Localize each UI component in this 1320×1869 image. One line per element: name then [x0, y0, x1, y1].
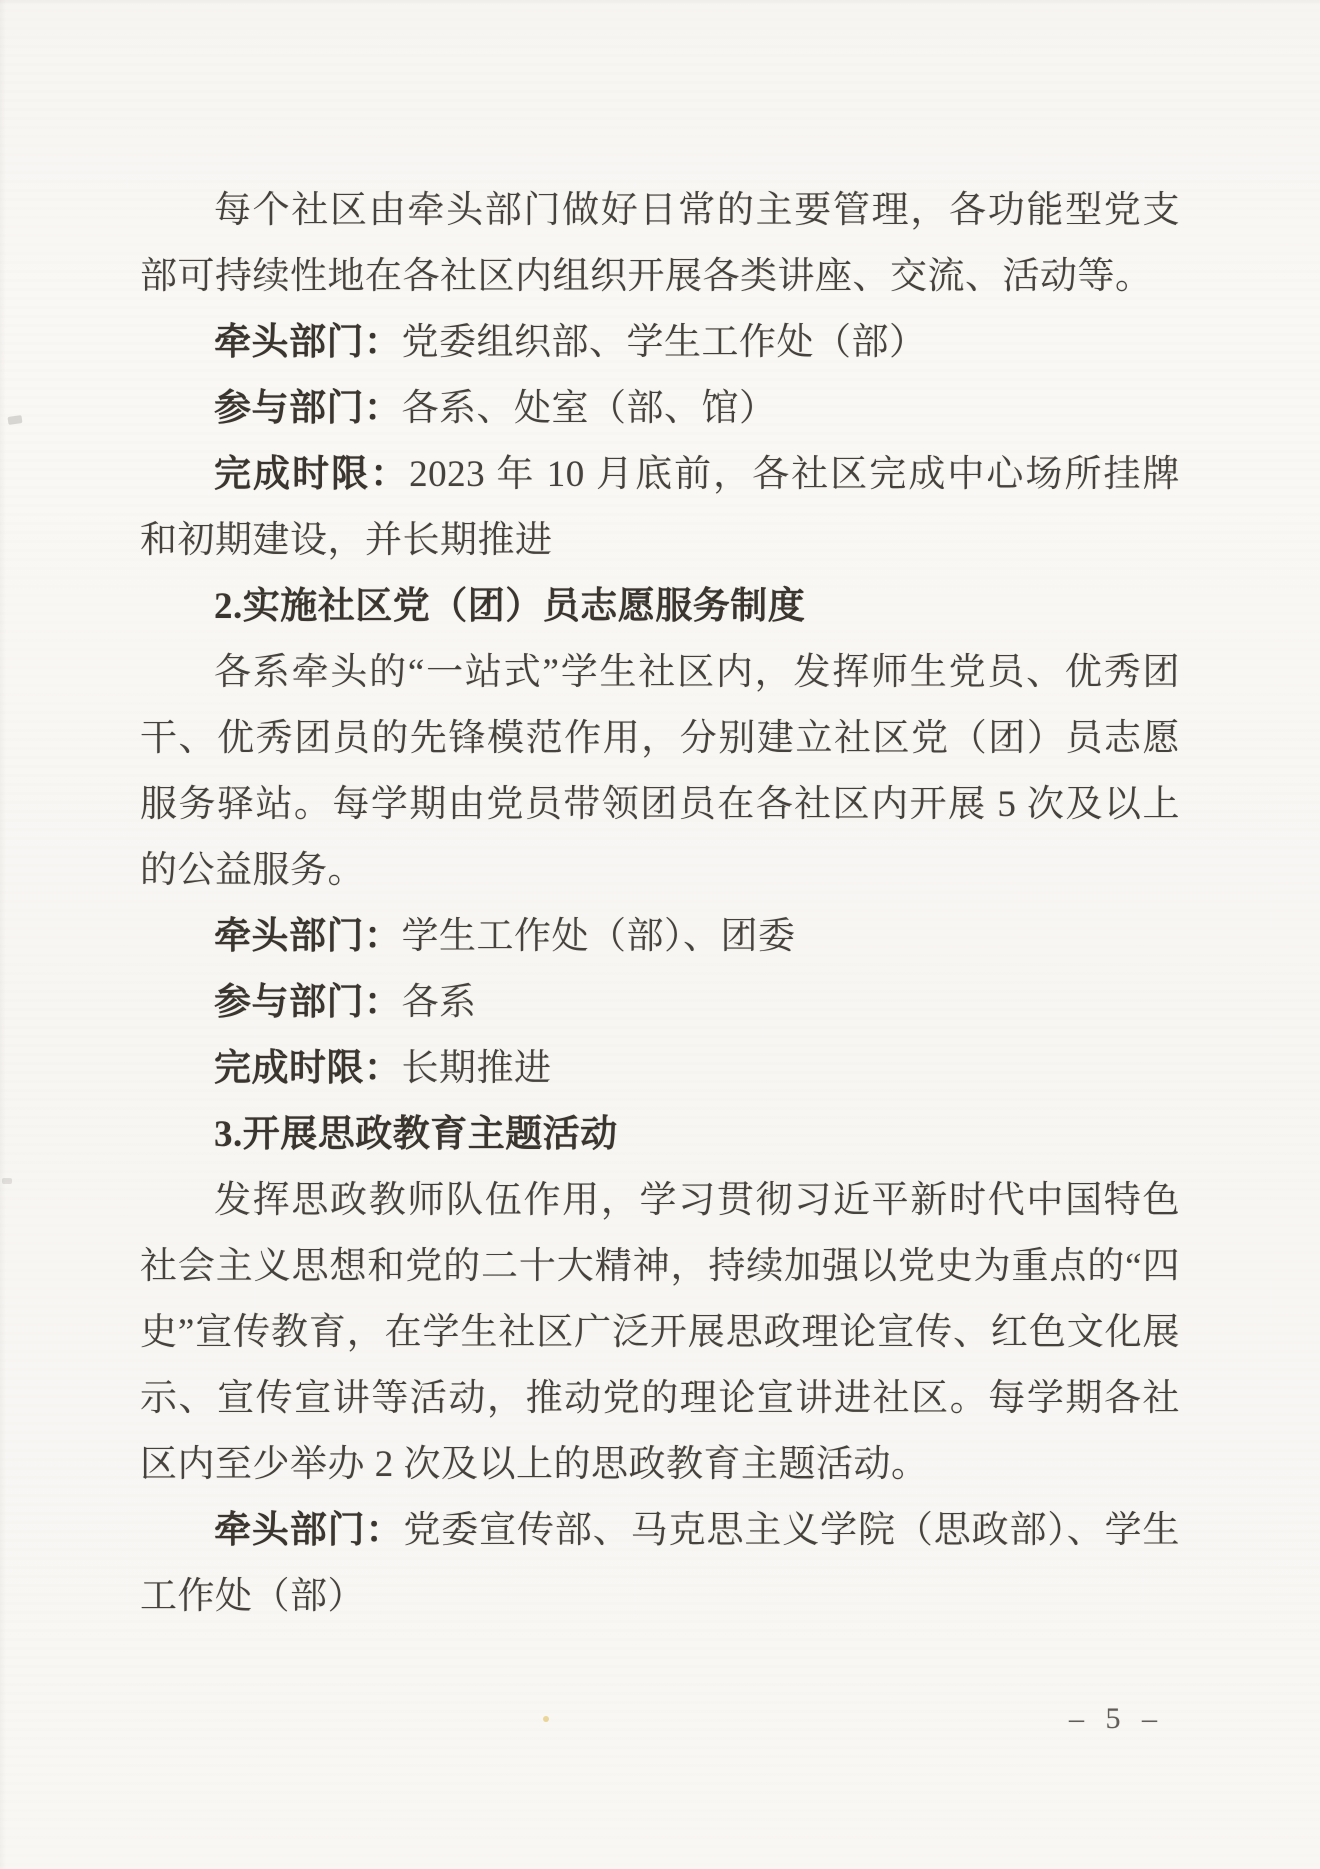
page-number: – 5 – [1069, 1700, 1164, 1738]
intro-paragraph: 每个社区由牵头部门做好日常的主要管理，各功能型党支部可持续性地在各社区内组织开展… [140, 178, 1180, 310]
participating-department-label: 参与部门： [214, 982, 402, 1023]
lead-department-value: 党委组织部、学生工作处（部） [402, 322, 927, 363]
section2-completion-deadline-line: 完成时限：长期推进 [140, 1036, 1180, 1102]
section3-heading: 3.开展思政教育主题活动 [140, 1102, 1180, 1168]
lead-department-label: 牵头部门： [214, 322, 402, 363]
completion-deadline-label: 完成时限： [214, 1048, 402, 1089]
participating-department-label: 参与部门： [214, 388, 402, 429]
section3-paragraph: 发挥思政教师队伍作用，学习贯彻习近平新时代中国特色社会主义思想和党的二十大精神，… [140, 1168, 1180, 1498]
scan-artifact-speck [2, 1178, 12, 1184]
lead-department-label: 牵头部门： [214, 916, 402, 957]
lead-department-value: 学生工作处（部）、团委 [402, 916, 796, 957]
section2-participating-department-line: 参与部门：各系 [140, 970, 1180, 1036]
section1-completion-deadline-line: 完成时限：2023 年 10 月底前，各社区完成中心场所挂牌和初期建设，并长期推… [140, 442, 1180, 574]
section1-lead-department-line: 牵头部门：党委组织部、学生工作处（部） [140, 310, 1180, 376]
section3-lead-department-line: 牵头部门：党委宣传部、马克思主义学院（思政部）、学生工作处（部） [140, 1498, 1180, 1630]
section1-participating-department-line: 参与部门：各系、处室（部、馆） [140, 376, 1180, 442]
scan-artifact-speck [8, 415, 23, 425]
completion-deadline-value: 长期推进 [402, 1048, 552, 1089]
scanned-document-page: 每个社区由牵头部门做好日常的主要管理，各功能型党支部可持续性地在各社区内组织开展… [0, 0, 1320, 1869]
document-body: 每个社区由牵头部门做好日常的主要管理，各功能型党支部可持续性地在各社区内组织开展… [140, 178, 1180, 1630]
participating-department-value: 各系、处室（部、馆） [402, 388, 777, 429]
section2-paragraph: 各系牵头的“一站式”学生社区内，发挥师生党员、优秀团干、优秀团员的先锋模范作用，… [140, 640, 1180, 904]
participating-department-value: 各系 [402, 982, 477, 1023]
lead-department-label: 牵头部门： [214, 1510, 403, 1551]
section2-lead-department-line: 牵头部门：学生工作处（部）、团委 [140, 904, 1180, 970]
section2-heading: 2.实施社区党（团）员志愿服务制度 [140, 574, 1180, 640]
completion-deadline-label: 完成时限： [214, 454, 409, 495]
scan-artifact-speck [543, 1716, 549, 1722]
